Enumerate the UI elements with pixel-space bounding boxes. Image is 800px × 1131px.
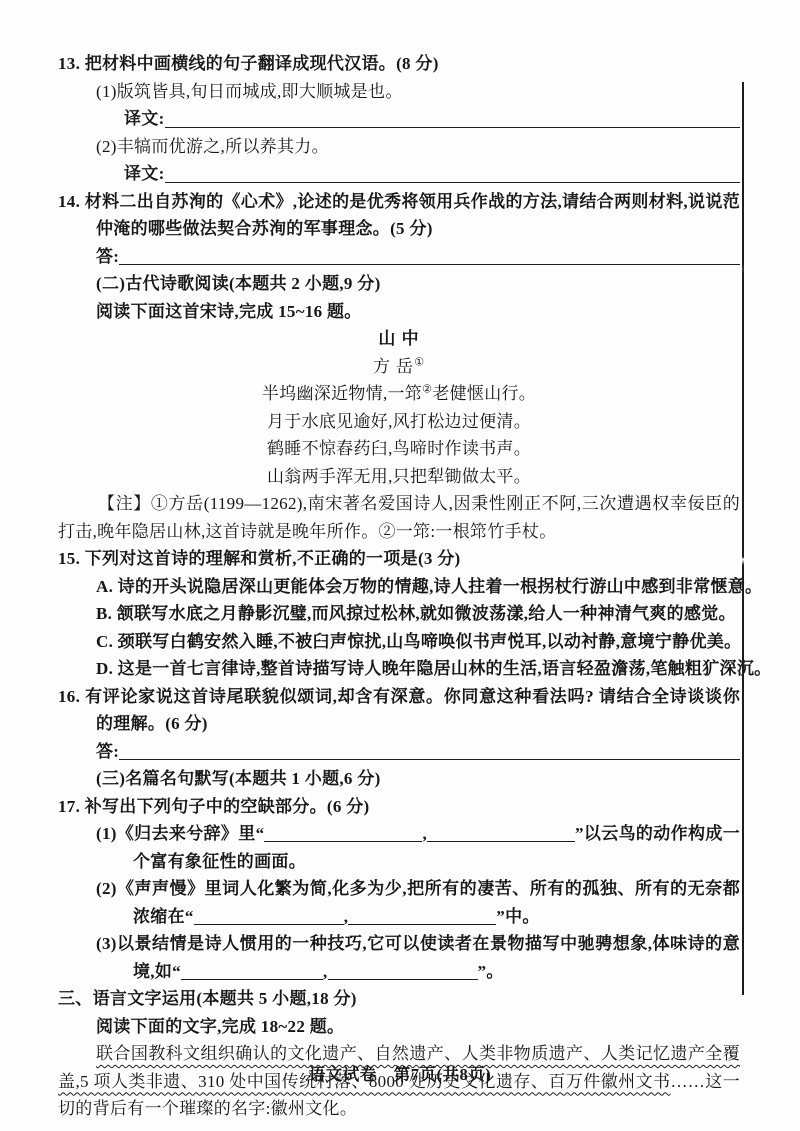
page-footer: 语文试卷 第7页(共8页) [0,1061,800,1089]
poem-line-4: 山翁两手浑无用,只把犁锄做太平。 [58,463,740,491]
poem-title: 山 中 [58,325,740,353]
answer-underline [119,758,740,760]
question-17-item-2: (2)《声声慢》里词人化繁为简,化多为少,把所有的凄苦、所有的孤独、所有的无奈都… [96,875,740,930]
answer-row-16: 答: [96,738,740,766]
fill-blank [348,910,496,925]
section-head-language: 三、语言文字运用(本题共 5 小题,18 分) [58,985,740,1013]
scan-edge-line [742,82,744,995]
author-note-marker: ① [414,356,425,368]
answer-underline [165,181,740,183]
answer-row-14: 答: [96,243,740,271]
translation-row-2: 译文: [124,160,740,188]
fill-blank [181,965,323,980]
poem-line-3: 鹤睡不惊舂药臼,鸟啼时作读书声。 [58,435,740,463]
poem-note: 【注】①方岳(1199—1262),南宋著名爱国诗人,因秉性刚正不阿,三次遭遇权… [58,490,740,545]
poem-author-name: 方 岳 [373,357,414,376]
translation-row-1: 译文: [124,105,740,133]
question-16-text: 16. 有评论家说这首诗尾联貌似颂词,却含有深意。你同意这种看法吗? 请结合全诗… [58,683,740,738]
page-content: 13. 把材料中画横线的句子翻译成现代汉语。(8 分) (1)版筑皆具,旬日而城… [58,50,740,1123]
question-15-option-b: B. 颔联写水底之月静影沉璧,而风掠过松林,就如微波荡漾,给人一种神清气爽的感觉… [96,600,740,628]
poem-line-1: 半坞幽深近物情,一筇②老健惬山行。 [58,380,740,408]
answer-label: 答: [96,738,119,766]
question-14-text: 14. 材料二出自苏洵的《心术》,论述的是优秀将领用兵作战的方法,请结合两则材料… [58,188,740,243]
answer-underline [165,126,740,128]
question-15-stem: 15. 下列对这首诗的理解和赏析,不正确的一项是(3 分) [58,545,740,573]
language-intro: 阅读下面的文字,完成 18~22 题。 [96,1013,740,1041]
translation-label: 译文: [124,160,165,188]
fill-blank [427,827,575,842]
answer-label: 答: [96,243,119,271]
section-head-dictation: (三)名篇名句默写(本题共 1 小题,6 分) [96,765,740,793]
fill-blank [194,910,344,925]
question-15-option-a: A. 诗的开头说隐居深山更能体会万物的情趣,诗人拄着一根拐杖行游山中感到非常惬意… [96,573,740,601]
poetry-intro: 阅读下面这首宋诗,完成 15~16 题。 [96,298,740,326]
question-17-item-3: (3)以景结情是诗人惯用的一种技巧,它可以使读者在景物描写中驰骋想象,体味诗的意… [96,930,740,985]
question-17-item-1: (1)《归去来兮辞》里“,”以云鸟的动作构成一个富有象征性的画面。 [96,820,740,875]
fill-blank [328,965,478,980]
poem-block: 山 中 方 岳① 半坞幽深近物情,一筇②老健惬山行。 月于水底见逾好,风打松边过… [58,325,740,490]
word-note-marker: ② [422,383,432,395]
answer-underline [119,263,740,265]
question-13-head: 13. 把材料中画横线的句子翻译成现代汉语。(8 分) [58,50,740,78]
fill-blank [264,827,422,842]
question-13-sentence-1: (1)版筑皆具,旬日而城成,即大顺城是也。 [96,78,740,106]
question-13-sentence-2: (2)丰犒而优游之,所以养其力。 [96,133,740,161]
question-15-option-c: C. 颈联写白鹤安然入睡,不被臼声惊扰,山鸟啼唤似书声悦耳,以动衬静,意境宁静优… [96,628,740,656]
section-head-poetry: (二)古代诗歌阅读(本题共 2 小题,9 分) [96,270,740,298]
poem-line-2: 月于水底见逾好,风打松边过便清。 [58,408,740,436]
translation-label: 译文: [124,105,165,133]
question-15-option-d: D. 这是一首七言律诗,整首诗描写诗人晚年隐居山林的生活,语言轻盈澹荡,笔触粗犷… [96,655,740,683]
poem-author: 方 岳① [58,353,740,381]
question-17-stem: 17. 补写出下列句子中的空缺部分。(6 分) [58,793,740,821]
exam-paper-page: 13. 把材料中画横线的句子翻译成现代汉语。(8 分) (1)版筑皆具,旬日而城… [0,0,800,1131]
